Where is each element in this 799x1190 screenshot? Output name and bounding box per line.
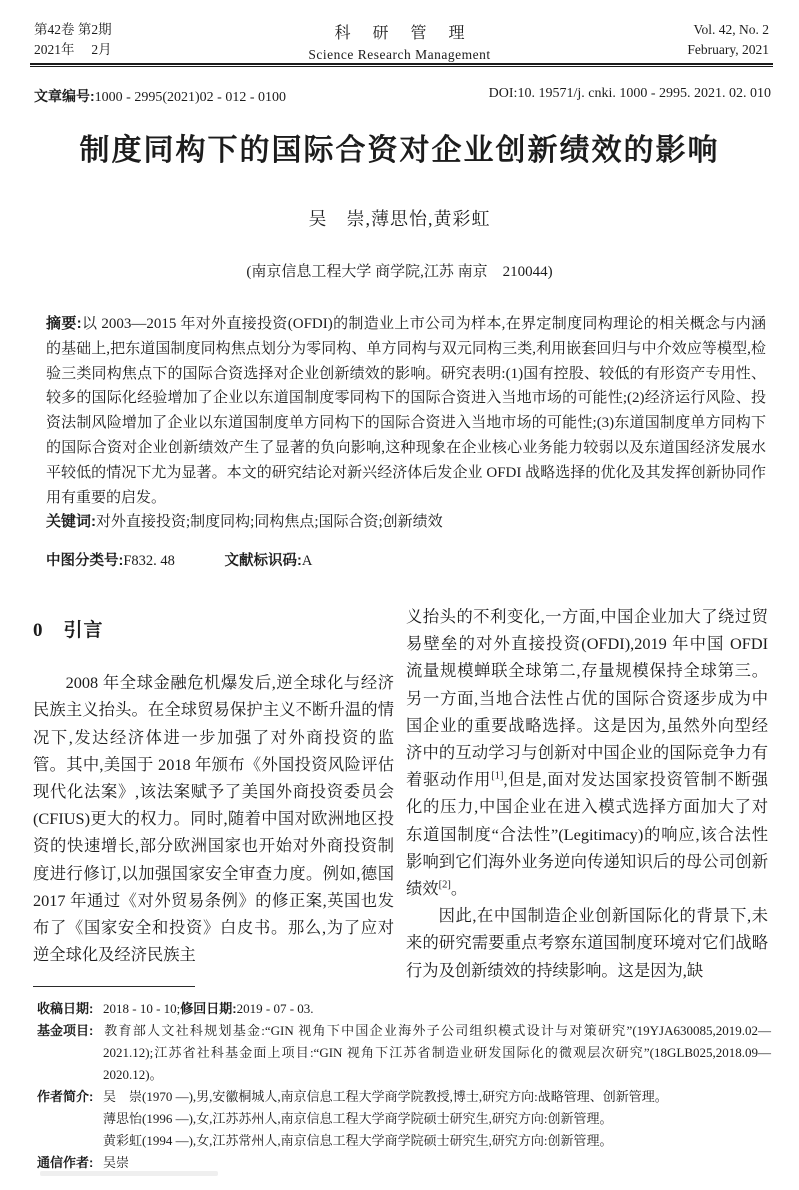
intro-paragraph-right: 义抬头的不利变化,一方面,中国企业加大了绕过贸易壁垒的对外直接投资(OFDI),…: [406, 603, 768, 902]
article-meta-row: 文章编号:1000 - 2995(2021)02 - 012 - 0100 DO…: [34, 86, 771, 106]
clc-label: 中图分类号:: [46, 553, 123, 569]
revised-date-label: 修回日期:: [180, 1001, 236, 1016]
article-number: 文章编号:1000 - 2995(2021)02 - 012 - 0100: [34, 86, 286, 106]
author-bio-label: 作者简介:: [37, 1086, 103, 1108]
second-paragraph-right: 因此,在中国制造企业创新国际化的背景下,未来的研究需要重点考察东道国制度环境对它…: [406, 902, 768, 984]
footnote-divider-rule: [33, 986, 195, 987]
section-heading-introduction: 0 引言: [33, 617, 394, 644]
journal-name-cn: 科 研 管 理: [308, 20, 490, 43]
journal-page: 第42卷 第2期 2021年 2月 科 研 管 理 Science Resear…: [0, 0, 799, 1190]
abstract-block: 摘要:以 2003—2015 年对外直接投资(OFDI)的制造业上市公司为样本,…: [46, 312, 766, 535]
masthead-journal-name: 科 研 管 理 Science Research Management: [308, 20, 490, 63]
keywords-line: 关键词:对外直接投资;制度同构;同构焦点;国际合资;创新绩效: [46, 510, 766, 535]
abstract-text: 以 2003—2015 年对外直接投资(OFDI)的制造业上市公司为样本,在界定…: [46, 316, 766, 506]
author-bio-line-2: 薄思怡(1996 —),女,江苏苏州人,南京信息工程大学商学院硕士研究生,研究方…: [103, 1108, 771, 1130]
document-code-label: 文献标识码:: [225, 553, 302, 569]
author-names: 吴 崇,薄思怡,黄彩虹: [0, 205, 799, 231]
clc-value: F832. 48: [123, 553, 175, 569]
body-column-left: 0 引言 2008 年全球金融危机爆发后,逆全球化与经济民族主义抬头。在全球贸易…: [33, 611, 394, 968]
funding-label: 基金项目:: [37, 1020, 103, 1042]
clc-number: 中图分类号:F832. 48: [46, 553, 175, 569]
body-column-right: 义抬头的不利变化,一方面,中国企业加大了绕过贸易壁垒的对外直接投资(OFDI),…: [406, 603, 768, 984]
received-date-value: 2018 - 10 - 10;: [103, 1001, 180, 1016]
footnote-block: 收稿日期:2018 - 10 - 10;修回日期:2019 - 07 - 03.…: [37, 998, 771, 1174]
volume-issue-cn: 第42卷 第2期: [34, 20, 112, 40]
author-bio-line-1: 吴 崇(1970 —),男,安徽桐城人,南京信息工程大学商学院教授,博士,研究方…: [103, 1089, 668, 1104]
keywords-text: 对外直接投资;制度同构;同构焦点;国际合资;创新绩效: [96, 514, 443, 530]
year-month-cn: 2021年 2月: [34, 40, 112, 60]
document-code-value: A: [302, 553, 312, 569]
article-title: 制度同构下的国际合资对企业创新绩效的影响: [20, 125, 779, 169]
funding-text: 教育部人文社科规划基金:“GIN 视角下中国企业海外子公司组织模式设计与对策研究…: [103, 1023, 771, 1082]
citation-ref-2: [2]: [439, 880, 451, 891]
abstract-label: 摘要:: [46, 315, 82, 332]
scan-artifact-smudge: [40, 1171, 218, 1176]
article-number-value: 1000 - 2995(2021)02 - 012 - 0100: [95, 90, 286, 105]
masthead-volume-cn: 第42卷 第2期 2021年 2月: [34, 20, 112, 60]
footnote-funding: 基金项目:教育部人文社科规划基金:“GIN 视角下中国企业海外子公司组织模式设计…: [37, 1020, 771, 1086]
journal-name-en: Science Research Management: [308, 47, 490, 63]
doi: DOI:10. 19571/j. cnki. 1000 - 2995. 2021…: [489, 86, 771, 106]
right-text-segment-3: 。: [451, 879, 467, 898]
right-text-segment-1: 义抬头的不利变化,一方面,中国企业加大了绕过贸易壁垒的对外直接投资(OFDI),…: [406, 607, 768, 789]
classification-row: 中图分类号:F832. 48 文献标识码:A: [46, 549, 358, 570]
intro-paragraph-left: 2008 年全球金融危机爆发后,逆全球化与经济民族主义抬头。在全球贸易保护主义不…: [33, 669, 394, 968]
journal-masthead: 第42卷 第2期 2021年 2月 科 研 管 理 Science Resear…: [34, 20, 769, 63]
keywords-label: 关键词:: [46, 513, 96, 530]
abstract-paragraph: 摘要:以 2003—2015 年对外直接投资(OFDI)的制造业上市公司为样本,…: [46, 312, 766, 510]
date-en: February, 2021: [687, 40, 769, 60]
affiliation: (南京信息工程大学 商学院,江苏 南京 210044): [0, 260, 799, 281]
document-code: 文献标识码:A: [225, 553, 313, 569]
revised-date-value: 2019 - 07 - 03.: [237, 1001, 314, 1016]
footnote-author-bio: 作者简介:吴 崇(1970 —),男,安徽桐城人,南京信息工程大学商学院教授,博…: [37, 1086, 771, 1152]
masthead-volume-en: Vol. 42, No. 2 February, 2021: [687, 20, 769, 60]
header-divider-rule: [30, 63, 773, 67]
author-bio-line-3: 黄彩虹(1994 —),女,江苏常州人,南京信息工程大学商学院硕士研究生,研究方…: [103, 1130, 771, 1152]
article-number-label: 文章编号:: [34, 88, 95, 104]
footnote-received-date: 收稿日期:2018 - 10 - 10;修回日期:2019 - 07 - 03.: [37, 998, 771, 1020]
corresponding-author-name: 吴崇: [103, 1155, 129, 1170]
received-date-label: 收稿日期:: [37, 998, 103, 1020]
volume-issue-en: Vol. 42, No. 2: [687, 20, 769, 40]
citation-ref-1: [1]: [491, 771, 503, 782]
